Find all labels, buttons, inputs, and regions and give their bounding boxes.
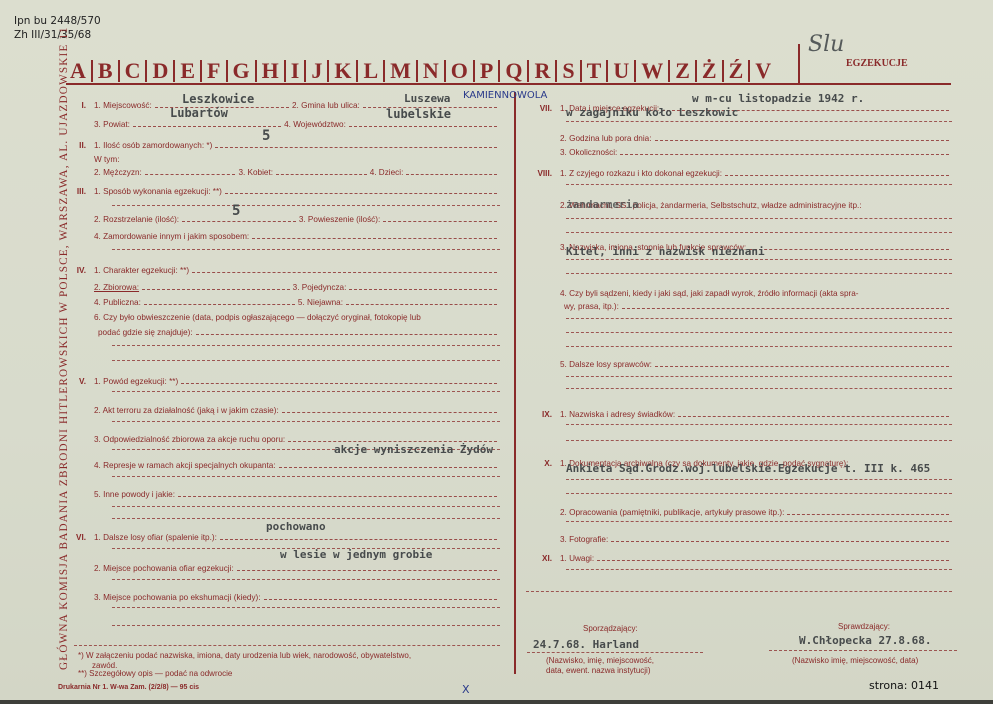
field-powod: V. 1. Powód egzekucji: **) [60,377,500,386]
alphabet-separator [284,60,286,82]
blank-line[interactable] [566,184,952,185]
field-sadzeni: 4. Czy byli sądzeni, kiedy i jaki sąd, j… [526,289,952,298]
value-powiat[interactable]: Lubartów [170,106,228,120]
blank-line[interactable] [566,493,952,494]
blank-line[interactable] [112,518,500,519]
blank-line[interactable] [566,232,952,233]
field-charakter: IV. 1. Charakter egzekucji: **) [60,266,500,275]
value-miejscowosc[interactable]: Leszkowice [182,92,254,106]
alphabet-letter: Ż [698,58,721,84]
alphabet-letter: D [148,58,172,84]
value-sprawdzajacy[interactable]: W.Chłopecka 27.8.68. [799,634,931,647]
field-miejsce-pochowania: 2. Miejsce pochowania ofiar egzekucji: [60,564,500,573]
blank-line[interactable] [112,476,500,477]
pencil-mark: X [462,683,470,696]
blank-line[interactable] [566,376,952,377]
form-title: EGZEKUCJE [846,58,908,69]
alphabet-letter: U [609,58,633,84]
field-rozstrzelanie: 2. Rozstrzelanie (ilość): 3. Powieszenie… [60,215,500,224]
blank-line[interactable] [112,249,500,250]
signature-line-left [527,652,703,653]
header-divider [798,44,800,84]
blank-line[interactable] [566,346,952,347]
blank-line[interactable] [112,579,500,580]
handwritten-mark: Slu [808,32,844,57]
alphabet-letter: M [386,58,415,84]
field-sposob: III. 1. Sposób wykonania egzekucji: **) [60,187,500,196]
field-dalsze-losy: VI. 1. Dalsze losy ofiar (spalenie itp.)… [60,533,500,542]
field-fotografie: 3. Fotografie: [526,535,952,544]
alphabet-index: ABCDEFGHIJKLMNOPQRSTUWZŻŹV [66,58,775,84]
blank-line[interactable] [112,360,500,361]
value-formacje[interactable]: żandarmeria [566,198,639,211]
alphabet-letter: B [94,58,117,84]
label-sporzadzajacy: Sporządzający: [583,624,638,633]
field-ilosc-osob: II. 1. Ilość osób zamordowanych: *) [60,141,500,150]
value-dalsze-losy[interactable]: pochowano [266,520,326,533]
footnote-2: **) Szczegółowy opis — podać na odwrocie [78,669,232,678]
label-gmina: 2. Gmina lub ulica: [292,101,360,110]
field-rozkaz: VIII. 1. Z czyjego rozkazu i kto dokonał… [526,169,952,178]
alphabet-separator [173,60,175,82]
blank-line[interactable] [566,218,952,219]
blank-line[interactable] [112,607,500,608]
alphabet-separator [145,60,147,82]
blank-line[interactable] [112,506,500,507]
blank-line[interactable] [112,421,500,422]
blank-line[interactable] [566,332,952,333]
field-obwieszczenie-2: podać gdzie się znajduje): [94,328,500,337]
alphabet-separator [383,60,385,82]
label-powiat: 3. Powiat: [94,120,130,129]
alphabet-separator [748,60,750,82]
blank-line[interactable] [566,388,952,389]
printer-info: Drukarnia Nr 1. W-wa Zam. (2/2/8) — 95 c… [58,684,199,691]
alphabet-letter: Z [671,58,694,84]
field-mezczyzn: 2. Mężczyzn: 3. Kobiet: 4. Dzieci: [60,168,500,177]
value-gmina[interactable]: Luszewa [404,92,450,105]
label-sprawdzajacy: Sprawdzający: [838,622,890,631]
column-divider [514,92,516,674]
field-sadzeni-2: wy, prasa, itp.): [564,302,952,311]
blank-line[interactable] [566,273,952,274]
field-godzina: 2. Godzina lub pora dnia: [526,134,952,143]
alphabet-letter: C [121,58,145,84]
field-opracowania: 2. Opracowania (pamiętniki, publikacje, … [526,508,952,517]
blank-line[interactable] [112,391,500,392]
field-publiczna: 4. Publiczna: 5. Niejawna: [60,298,500,307]
blank-line[interactable] [566,479,952,480]
alphabet-letter: N [419,58,443,84]
alphabet-separator [356,60,358,82]
value-miejsce-egzekucji[interactable]: w zagajniku koło Leszkowic [566,106,738,119]
alphabet-separator [327,60,329,82]
alphabet-letter: L [359,58,382,84]
alphabet-letter: W [637,58,667,84]
alphabet-letter: G [229,58,254,84]
blank-line[interactable] [566,121,952,122]
field-powiat: 3. Powiat: 4. Województwo: [60,120,500,129]
label-w-tym: W tym: [94,155,119,164]
alphabet-separator [695,60,697,82]
caption-sprawdzajacy: (Nazwisko imię, miejscowość, data) [792,656,918,665]
field-inne-powody: 5. Inne powody i jakie: [60,490,500,499]
alphabet-separator [118,60,120,82]
alphabet-separator [555,60,557,82]
alphabet-letter: O [447,58,472,84]
alphabet-separator [473,60,475,82]
value-miejsce-pochowania[interactable]: w lesie w jednym grobie [280,548,432,561]
value-rozstrzelanie[interactable]: 5 [232,203,240,219]
alphabet-separator [668,60,670,82]
field-represje: 4. Represje w ramach akcji specjalnych o… [60,461,500,470]
alphabet-letter: S [558,58,578,84]
alphabet-separator [200,60,202,82]
blank-line[interactable] [566,424,952,425]
blank-line[interactable] [566,318,952,319]
alphabet-separator [416,60,418,82]
blank-line[interactable] [566,569,952,570]
field-dalsze-losy-sprawcow: 5. Dalsze losy sprawców: [526,360,952,369]
value-nazwiska-sprawcow[interactable]: Kitel, inni z nazwisk nieznani [566,245,765,258]
blank-line[interactable] [112,625,500,626]
blank-line[interactable] [526,591,952,592]
field-zbiorowa: 2. Zbiorowa: 3. Pojedyncza: [60,283,500,292]
alphabet-separator [498,60,500,82]
caption-sporzadzajacy-2: data, ewent. nazwa instytucji) [546,666,651,675]
alphabet-letter: I [287,58,304,84]
alphabet-letter: P [476,58,497,84]
signature-line-right [769,650,957,651]
value-ilosc-osob[interactable]: 5 [262,128,270,144]
header-rule [66,83,951,85]
caption-sporzadzajacy-1: (Nazwisko, imię, miejscowość, [546,656,654,665]
field-akt-terroru: 2. Akt terroru za działalność (jaką i w … [60,406,500,415]
footnote-1: *) W załączeniu podać nazwiska, imiona, … [78,651,411,660]
alphabet-letter: K [330,58,355,84]
handwritten-gmina: KAMIENNOWOLA [463,90,547,101]
field-swiadkowie: IX. 1. Nazwiska i adresy świadków: [526,410,952,419]
alphabet-separator [444,60,446,82]
blank-line[interactable] [566,440,952,441]
alphabet-separator [304,60,306,82]
value-sporzadzajacy[interactable]: 24.7.68. Harland [533,638,639,651]
alphabet-separator [226,60,228,82]
label-miejscowosc: 1. Miejscowość: [94,101,152,110]
scanned-form-page: Ipn bu 2448/570 Zh III/31/35/68 Slu ABCD… [0,0,993,704]
alphabet-letter: T [583,58,606,84]
alphabet-letter: H [258,58,283,84]
blank-line[interactable] [74,645,500,646]
alphabet-separator [255,60,257,82]
page-number: strona: 0141 [869,679,939,692]
scan-edge [0,700,993,704]
alphabet-separator [527,60,529,82]
field-obwieszczenie: 6. Czy było obwieszczenie (data, podpis … [60,313,500,322]
label-wojewodztwo: 4. Województwo: [284,120,346,129]
alphabet-letter: R [530,58,554,84]
label-ilosc-osob: 1. Ilość osób zamordowanych: *) [94,141,212,150]
value-data-egzekucji[interactable]: w m-cu listopadzie 1942 r. [692,92,864,105]
blank-line[interactable] [566,521,952,522]
alphabet-separator [634,60,636,82]
blank-line[interactable] [112,345,500,346]
alphabet-separator [91,60,93,82]
field-inny-sposob: 4. Zamordowanie innym i jakim sposobem: [60,232,500,241]
alphabet-letter: Q [501,58,526,84]
blank-line[interactable] [566,259,952,260]
field-ekshumacja: 3. Miejsce pochowania po ekshumacji (kie… [60,593,500,602]
blank-line[interactable] [112,205,500,206]
alphabet-separator [606,60,608,82]
alphabet-separator [722,60,724,82]
alphabet-letter: F [203,58,224,84]
field-uwagi: XI. 1. Uwagi: [526,554,952,563]
value-represje[interactable]: akcje wyniszczenia Żydów [334,443,493,456]
alphabet-letter: J [307,58,326,84]
alphabet-letter: E [176,58,199,84]
alphabet-letter: V [751,58,775,84]
alphabet-separator [580,60,582,82]
value-dokumentacja[interactable]: Ankieta Sąd.Grodz.woj.lubelskie.Egzekucj… [566,462,930,475]
value-wojewodztwo[interactable]: lubelskie [386,107,451,121]
alphabet-letter: Ź [725,58,748,84]
field-okolicznosci: 3. Okoliczności: [526,148,952,157]
